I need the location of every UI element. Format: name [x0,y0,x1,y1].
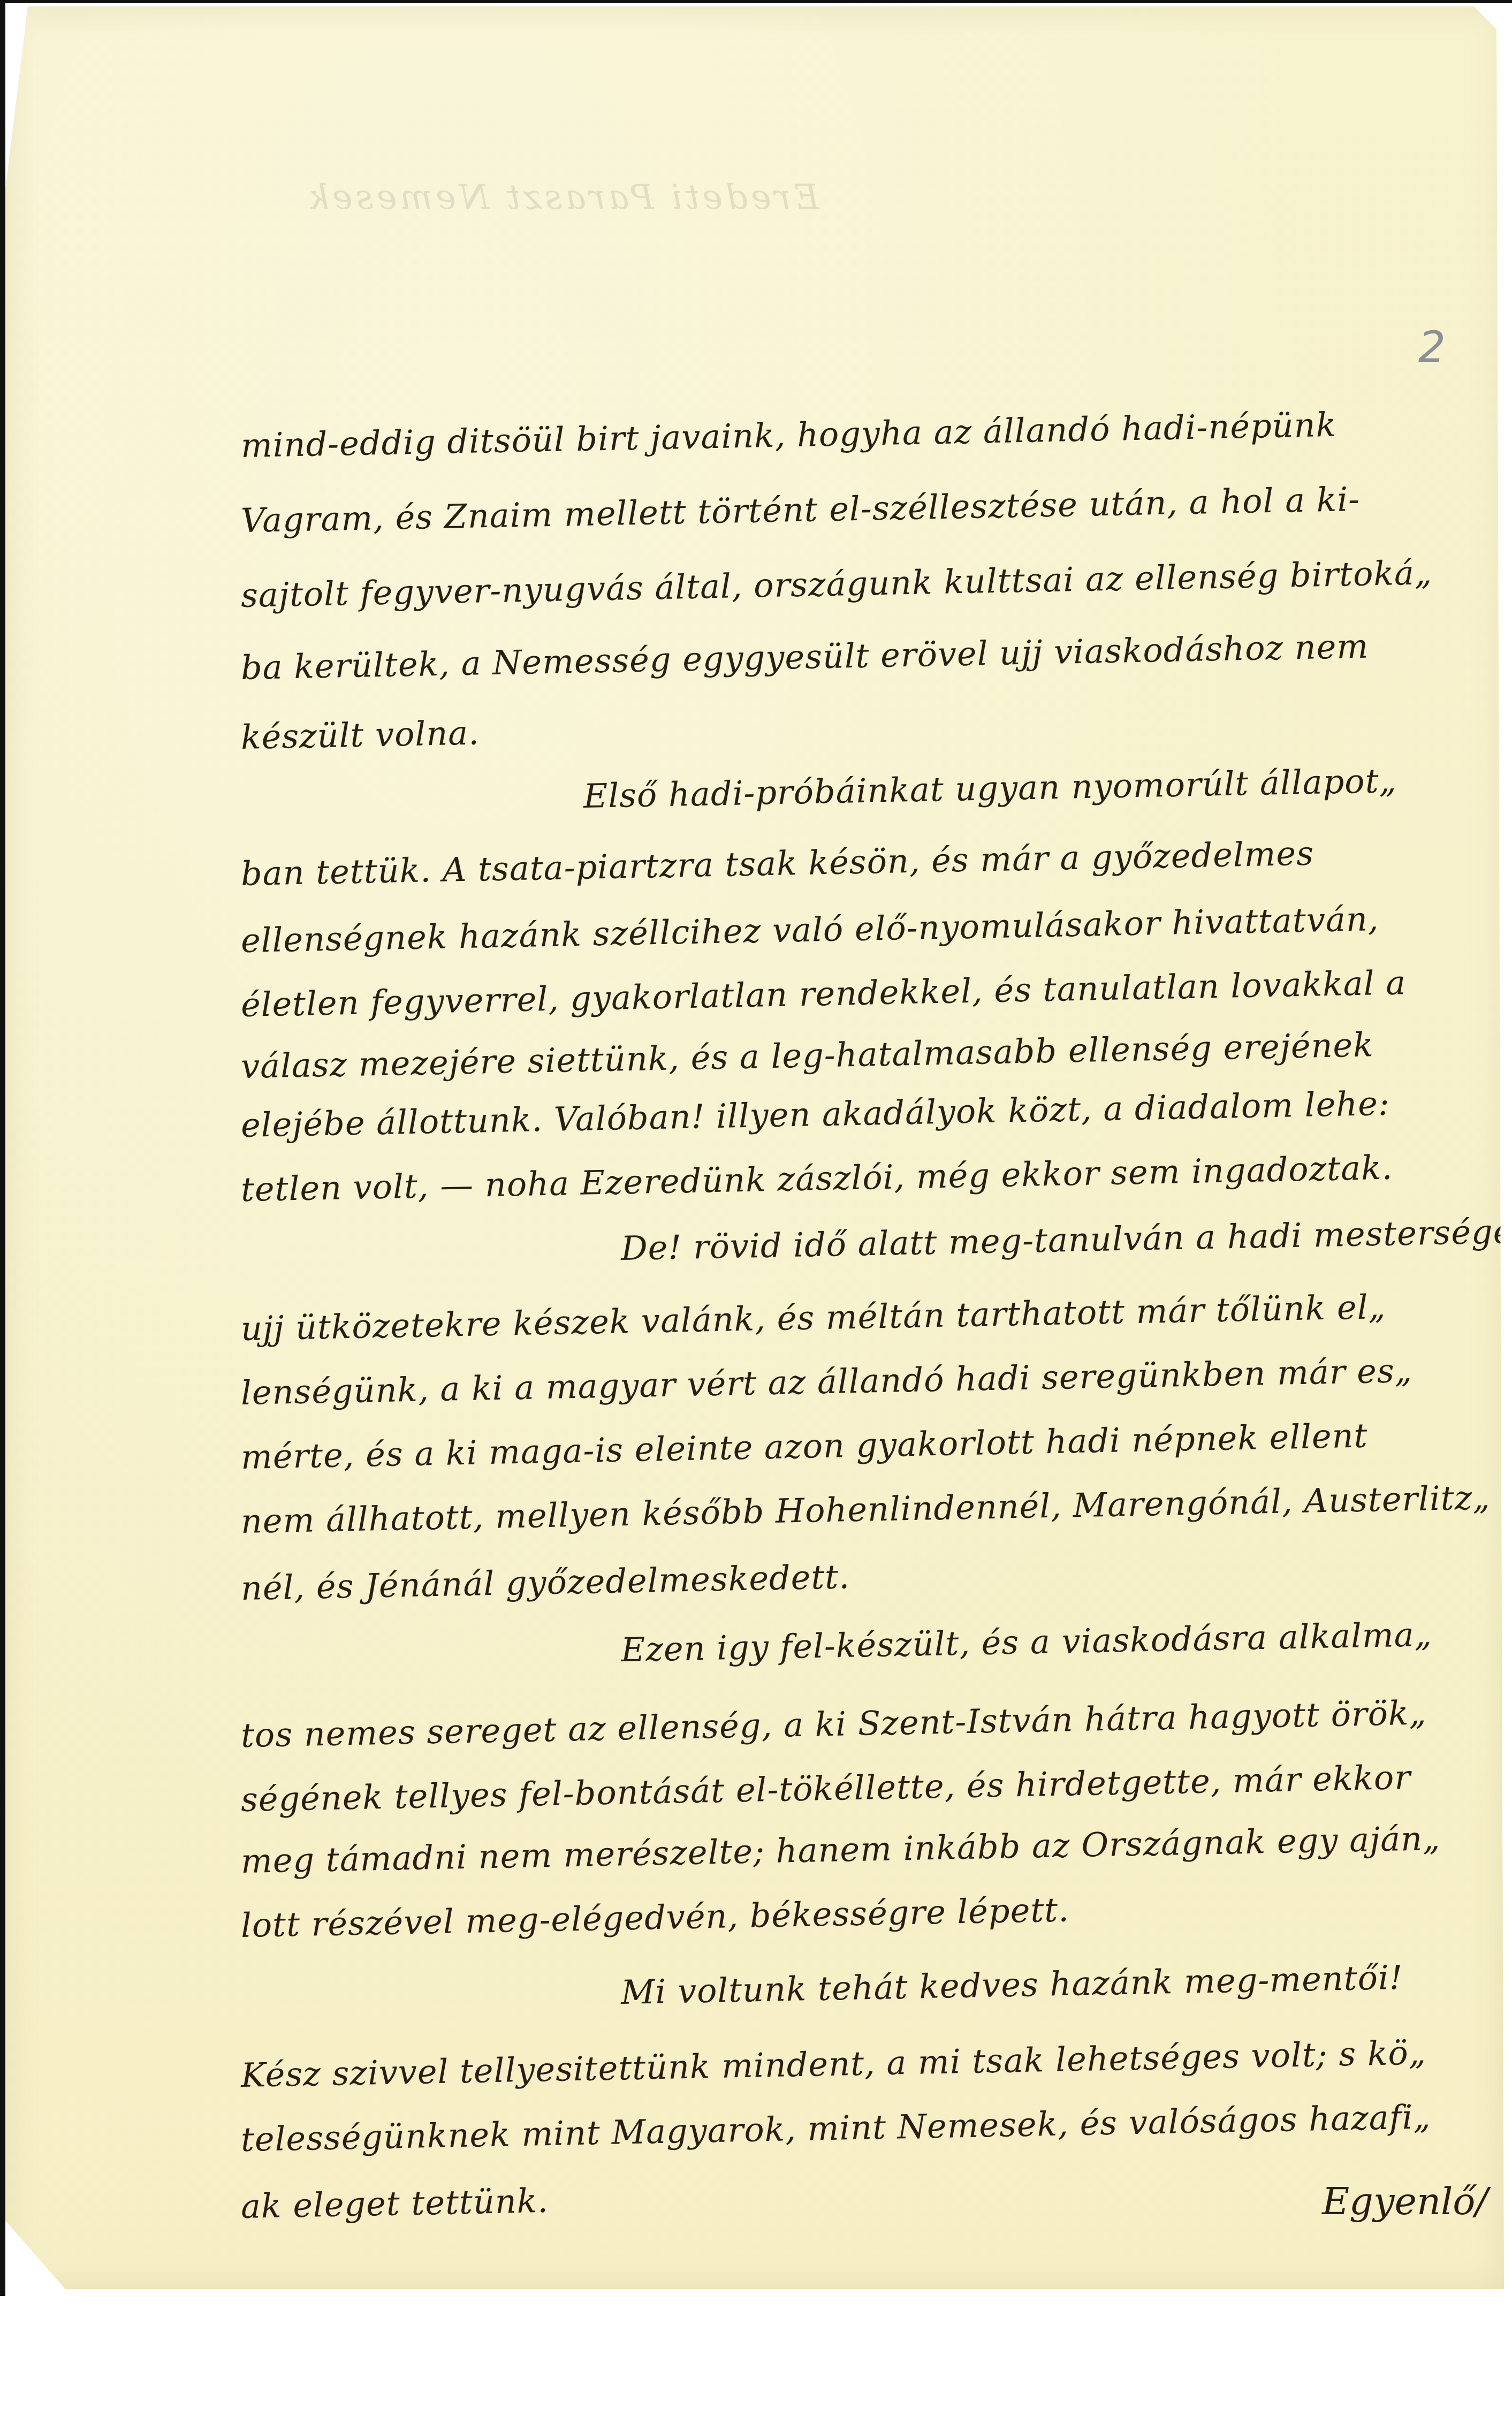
page-number: 2 [1418,322,1446,372]
text-line: készült volna. [240,697,1493,754]
text-line: tetlen volt, — noha Ezeredünk zászlói, m… [240,1149,1493,1206]
text-line: ségének tellyes fel-bontását el-tökéllet… [240,1759,1493,1817]
text-line: ban tettük. A tsata-piartzra tsak késön,… [240,833,1493,891]
text-line: ak eleget tettünk. [240,2166,1493,2223]
signature: Egyenlő/ [1322,2179,1488,2223]
text-line: ba kerültek, a Nemesség egygyesült eröve… [240,627,1493,685]
text-line: ellenségnek hazánk széllcihez való elő-n… [240,900,1493,957]
text-line: Vagram, és Znaim mellett történt el-szél… [240,480,1493,537]
text-line: De! rövid idő alatt meg-tanulván a hadi … [620,1208,1512,1265]
text-line: elejébe állottunk. Valóban! illyen akadá… [240,1085,1493,1142]
scan-border-left [0,0,5,2296]
text-line: válasz mezejére siettünk, és a leg-hatal… [240,1026,1493,1083]
text-line: nél, és Jénánál győzedelmeskedett. [240,1548,1493,1605]
bleed-through-text: Eredeti Paraszt Nemesek [305,178,819,217]
text-line: sajtolt fegyver-nyugvás által, országunk… [240,555,1493,612]
text-line: lenségünk, a ki a magyar vért az állandó… [240,1352,1493,1410]
text-line: Mi voltunk tehát kedves hazánk meg-mentő… [620,1952,1512,2009]
text-line: ujj ütközetekre készek valánk, és méltán… [240,1288,1493,1346]
text-line: tos nemes sereget az ellenség, a ki Szen… [240,1695,1493,1752]
text-line: lott részével meg-elégedvén, békességre … [240,1885,1493,1942]
scan-border-top [0,0,1512,3]
text-line: Első hadi-próbáinkat ugyan nyomorúlt áll… [583,756,1512,813]
text-line: Kész szivvel tellyesitettünk mindent, a … [240,2035,1493,2092]
paper-stain [541,2351,658,2383]
text-line: telességünknek mint Magyarok, mint Nemes… [240,2099,1493,2156]
text-line: mérte, és a ki maga-is eleinte azon gyak… [240,1417,1493,1474]
text-line: életlen fegyverrel, gyakorlatlan rendekk… [240,964,1493,1022]
text-line: nem állhatott, mellyen később Hohenlinde… [240,1481,1493,1538]
text-line: meg támadni nem merészelte; hanem inkább… [240,1821,1493,1878]
manuscript-page: Eredeti Paraszt Nemesek 2 mind-eddig dit… [5,6,1504,2289]
text-line: mind-eddig ditsöül birt javaink, hogyha … [240,405,1493,462]
text-line: Ezen igy fel-készült, és a viaskodásra a… [620,1609,1512,1667]
